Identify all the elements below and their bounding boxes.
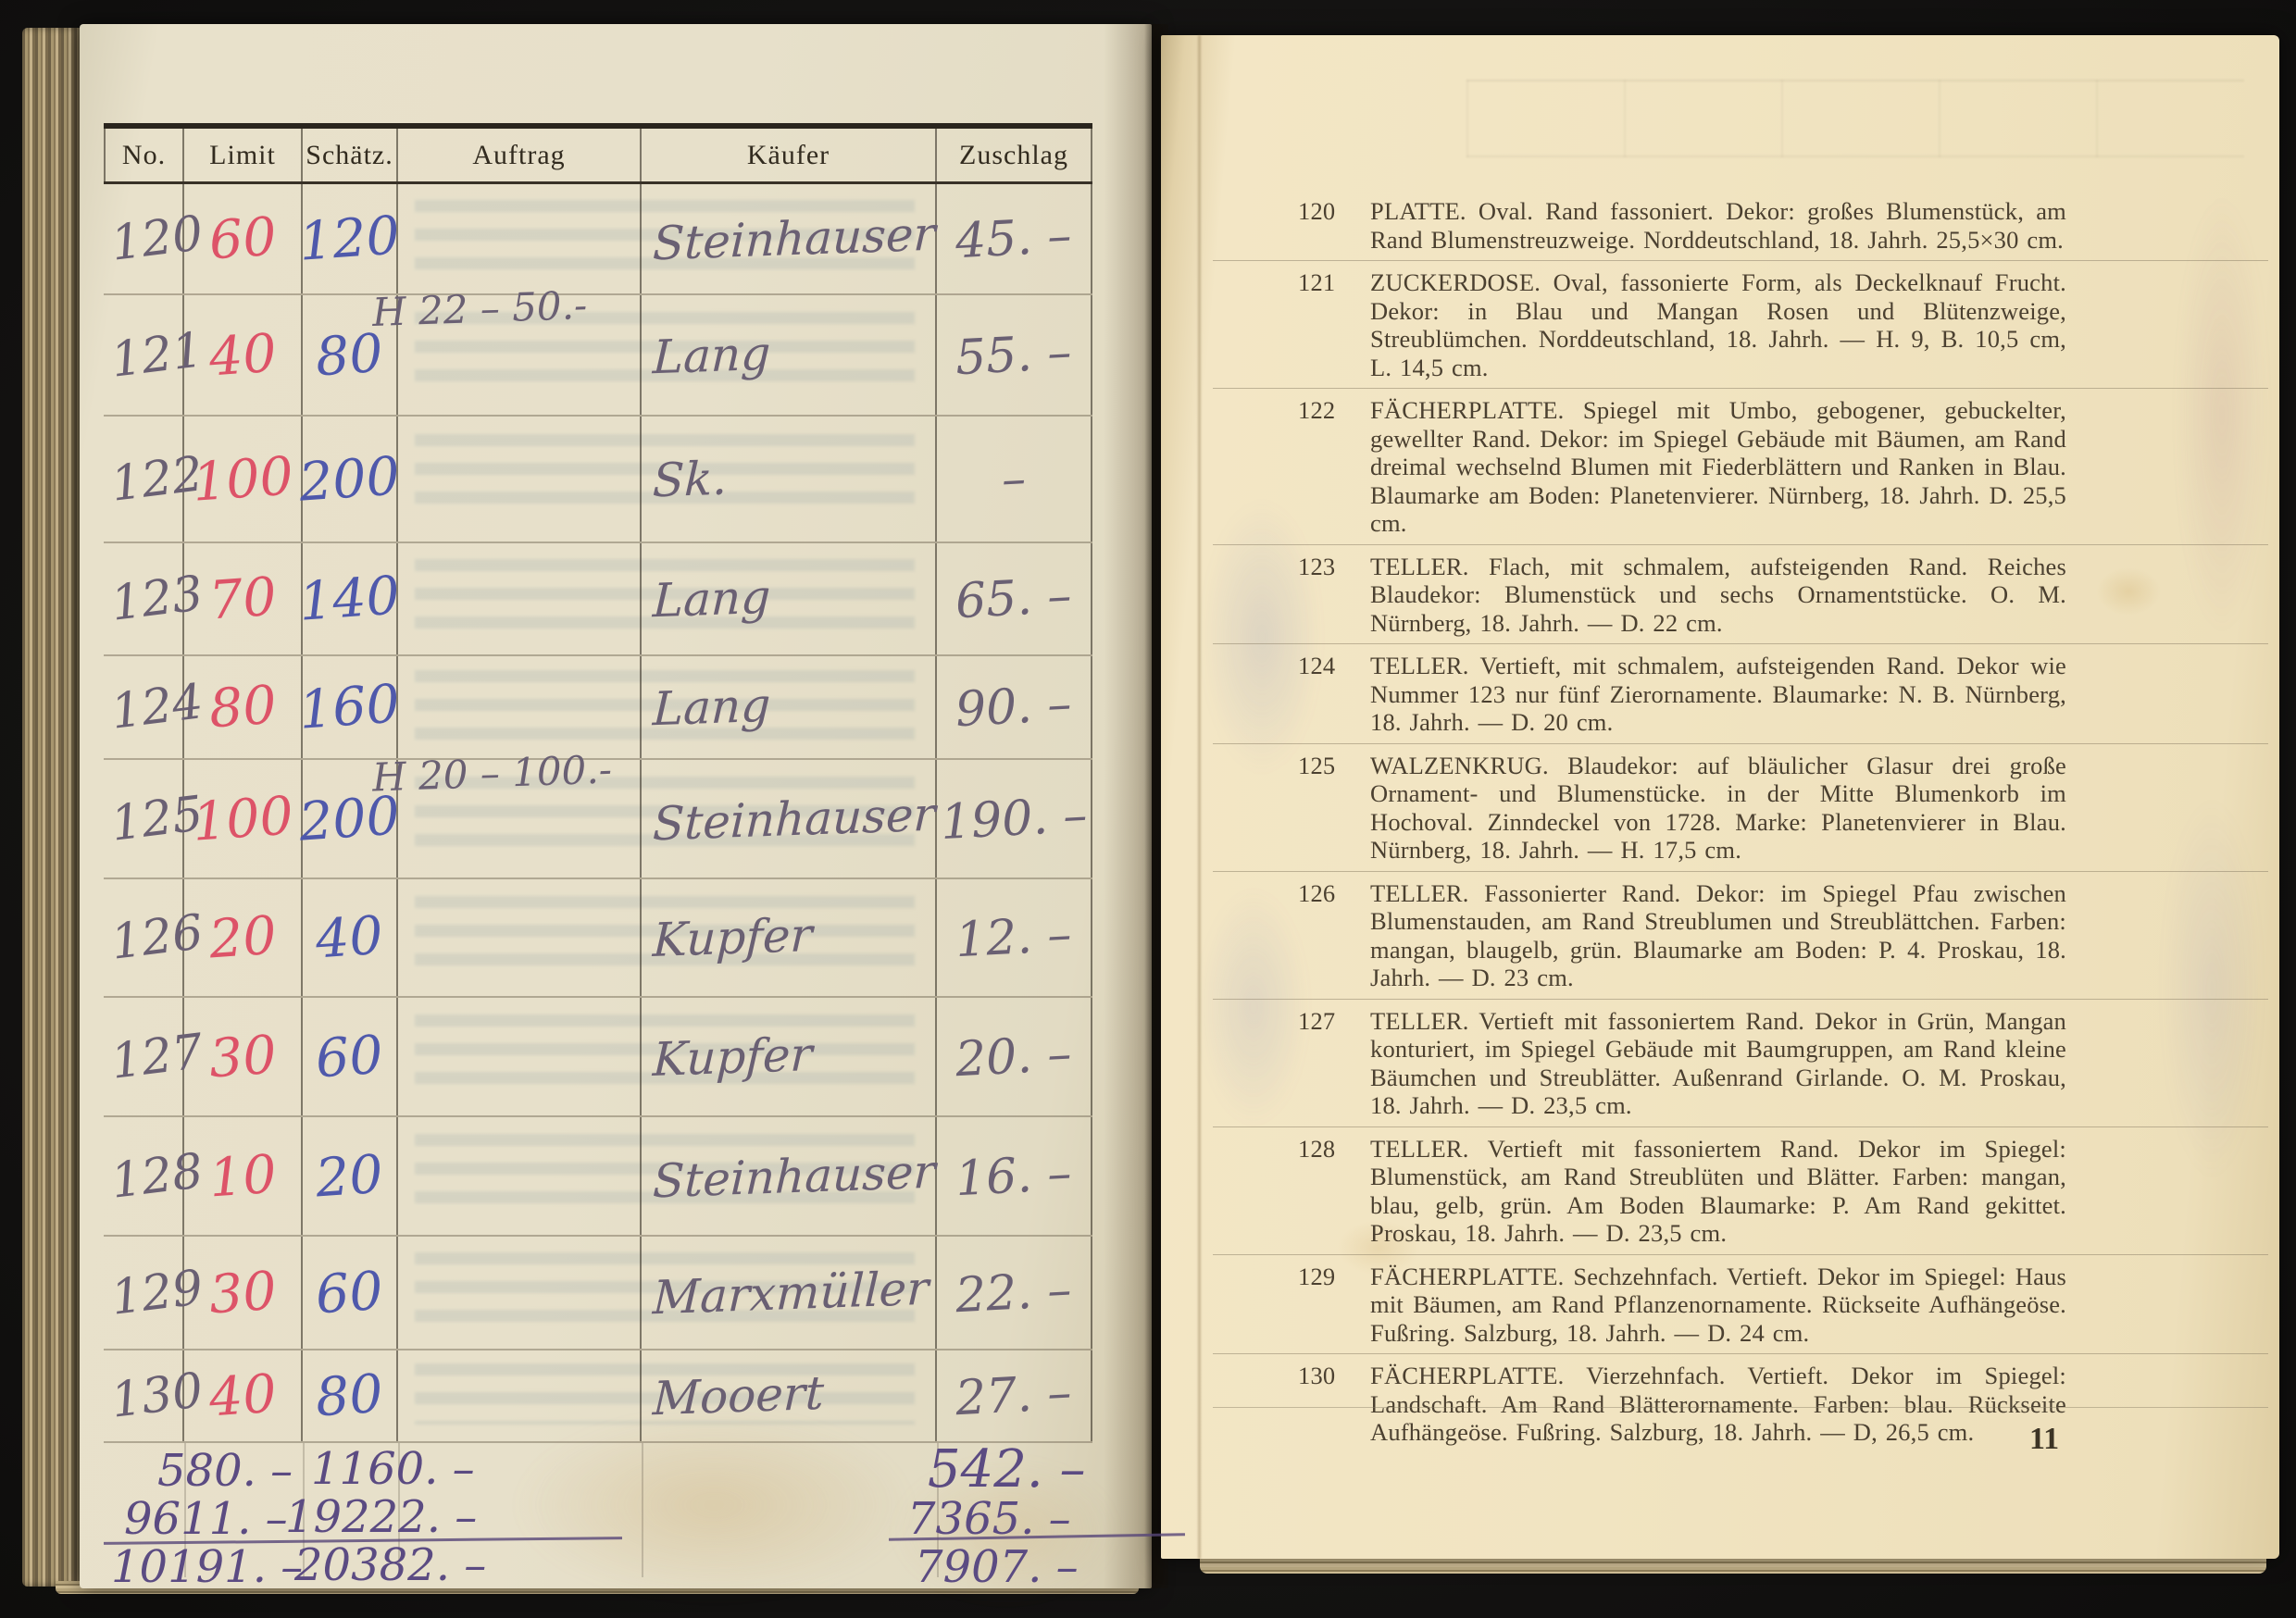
ledger-row: 120 60 120 Steinhauser 45. – <box>104 184 1092 295</box>
hammer-price: 20. – <box>955 1026 1073 1087</box>
buyer-name: Sk. <box>652 451 728 507</box>
ledger-row: 127 30 60 Kupfer 20. – <box>104 998 1092 1117</box>
order-note: H 22 – 50.- <box>371 282 588 335</box>
ledger-row: 129 30 60 Marxmüller 22. – <box>104 1237 1092 1350</box>
limit-value: 40 <box>207 1363 279 1429</box>
limit-value: 30 <box>207 1024 279 1089</box>
lot-number-value: 129 <box>108 1260 206 1326</box>
limit-value: 20 <box>207 905 279 971</box>
catalog-entry: 128 TELLER. Vertieft mit fassoniertem Ra… <box>1298 1135 2066 1248</box>
limit-value: 80 <box>207 675 279 741</box>
lot-number-value: 123 <box>108 566 206 632</box>
entry-number: 127 <box>1298 1007 1335 1036</box>
ledger-row: 128 10 20 Steinhauser 16. – <box>104 1117 1092 1237</box>
buyer-name: Steinhauser <box>652 1144 936 1208</box>
ledger-table: No. Limit Schätz. Auftrag Käufer Zuschla… <box>104 123 1092 1582</box>
entry-number: 122 <box>1298 396 1335 425</box>
hammer-price: 190. – <box>939 787 1088 850</box>
ledger-row: 122 100 200 Sk. – <box>104 417 1092 543</box>
entry-number: 123 <box>1298 553 1335 581</box>
hammer-price: 90. – <box>955 677 1073 738</box>
entry-description: TELLER. Vertieft mit fassoniertem Rand. … <box>1370 1135 2066 1248</box>
hammer-price: 65. – <box>955 568 1073 629</box>
totals-block: 580. – 1160. – 542. – 9611. – 19222. – 7… <box>104 1443 1092 1582</box>
bleed-through-ink <box>2176 193 2268 637</box>
bleed-through-table-header <box>1466 80 2244 157</box>
buyer-name: Steinhauser <box>652 207 936 271</box>
catalog-page: 120 PLATTE. Oval. Rand fassoniert. Dekor… <box>1161 35 2279 1559</box>
limit-value: 100 <box>190 445 294 513</box>
catalog-entry: 129 FÄCHERPLATTE. Sechzehnfach. Vertieft… <box>1298 1263 2066 1348</box>
buyer-name: Kupfer <box>652 1027 813 1086</box>
catalog-entry: 130 FÄCHERPLATTE. Vierzehnfach. Vertieft… <box>1298 1362 2066 1447</box>
column-header-limit: Limit <box>184 129 303 181</box>
entry-description: TELLER. Flach, mit schmalem, aufsteigend… <box>1370 553 2066 637</box>
entry-description: TELLER. Vertieft mit fassoniertem Rand. … <box>1370 1007 2066 1120</box>
limit-value: 30 <box>207 1260 279 1326</box>
limit-value: 40 <box>207 322 279 388</box>
estimate-value: 60 <box>314 1024 385 1089</box>
hammer-price: 55. – <box>955 324 1073 385</box>
entry-description: PLATTE. Oval. Rand fassoniert. Dekor: gr… <box>1370 197 2066 254</box>
lot-number-value: 121 <box>108 322 206 389</box>
book-fore-edge <box>22 28 81 1587</box>
page-number: 11 <box>2029 1422 2059 1457</box>
estimate-value: 120 <box>297 205 402 272</box>
entry-number: 124 <box>1298 652 1335 680</box>
column-header-kaeufer: Käufer <box>642 129 937 181</box>
estimate-value: 40 <box>314 905 385 971</box>
hammer-price: 45. – <box>955 208 1073 269</box>
hammer-price: 27. – <box>955 1365 1073 1426</box>
bleed-through-ink <box>1198 887 1309 1127</box>
ledger-row: 126 20 40 Kupfer 12. – <box>104 879 1092 998</box>
entry-description: TELLER. Vertieft, mit schmalem, aufsteig… <box>1370 652 2066 736</box>
hammer-price: – <box>1000 451 1027 507</box>
entry-description: ZUCKERDOSE. Oval, fassonierte Form, als … <box>1370 268 2066 381</box>
lot-number-value: 126 <box>108 904 206 971</box>
estimate-value: 160 <box>297 673 402 741</box>
hammer-price: 16. – <box>955 1145 1073 1206</box>
lot-number-value: 130 <box>108 1363 206 1429</box>
catalog-entry: 120 PLATTE. Oval. Rand fassoniert. Dekor… <box>1298 197 2066 254</box>
ledger-row: 121 40 80 H 22 – 50.- Lang 55. – <box>104 295 1092 417</box>
entry-number: 120 <box>1298 197 1335 226</box>
catalog-entry: 125 WALZENKRUG. Blaudekor: auf bläuliche… <box>1298 752 2066 865</box>
table-rule <box>642 1443 643 1577</box>
limit-value: 60 <box>207 206 279 272</box>
entry-number: 128 <box>1298 1135 1335 1164</box>
lot-number-value: 124 <box>108 674 206 741</box>
column-header-auftrag: Auftrag <box>398 129 642 181</box>
ledger-row: 123 70 140 Lang 65. – <box>104 543 1092 656</box>
lot-number-value: 120 <box>108 205 206 272</box>
totals-limit: 9611. – <box>124 1493 288 1545</box>
estimate-value: 80 <box>314 1363 385 1429</box>
totals-hammer: 542. – <box>928 1439 1086 1500</box>
entry-number: 126 <box>1298 879 1335 908</box>
catalog-entry: 122 FÄCHERPLATTE. Spiegel mit Umbo, gebo… <box>1298 396 2066 538</box>
catalog-entry: 126 TELLER. Fassonierter Rand. Dekor: im… <box>1298 879 2066 992</box>
hammer-price: 12. – <box>955 907 1073 968</box>
buyer-name: Lang <box>652 326 771 384</box>
catalog-entry: 121 ZUCKERDOSE. Oval, fassonierte Form, … <box>1298 268 2066 381</box>
ledger-rows: 120 60 120 Steinhauser 45. – 121 40 80 H… <box>104 184 1092 1443</box>
catalog-entry: 124 TELLER. Vertieft, mit schmalem, aufs… <box>1298 652 2066 737</box>
bleed-through-ink <box>2161 794 2263 1183</box>
order-note: H 20 – 100.- <box>371 746 612 800</box>
paper-stain <box>2096 567 2161 616</box>
column-header-zuschlag: Zuschlag <box>937 129 1092 181</box>
totals-estimate: 19222. – <box>285 1491 477 1543</box>
estimate-value: 20 <box>314 1143 385 1209</box>
entry-number: 130 <box>1298 1362 1335 1390</box>
entry-number: 121 <box>1298 268 1335 297</box>
buyer-name: Steinhauser <box>652 787 936 851</box>
catalog-entries: 120 PLATTE. Oval. Rand fassoniert. Dekor… <box>1298 197 2066 1462</box>
buyer-name: Kupfer <box>652 908 813 967</box>
limit-value: 100 <box>190 785 294 853</box>
buyer-name: Lang <box>652 678 771 737</box>
estimate-value: 140 <box>297 565 402 632</box>
totals-estimate: 20382. – <box>294 1539 486 1591</box>
buyer-name: Lang <box>652 570 771 629</box>
entry-separator-line <box>1213 1407 2268 1408</box>
estimate-value: 200 <box>297 445 402 513</box>
catalog-entry: 123 TELLER. Flach, mit schmalem, aufstei… <box>1298 553 2066 638</box>
book-spread-scan: No. Limit Schätz. Auftrag Käufer Zuschla… <box>0 0 2296 1618</box>
totals-estimate: 1160. – <box>311 1443 475 1495</box>
estimate-value: 60 <box>314 1260 385 1326</box>
buyer-name: Mooert <box>652 1366 825 1426</box>
entry-description: TELLER. Fassonierter Rand. Dekor: im Spi… <box>1370 879 2066 992</box>
lot-number-value: 127 <box>108 1024 206 1090</box>
entry-description: FÄCHERPLATTE. Spiegel mit Umbo, gebogene… <box>1370 396 2066 537</box>
buyer-name: Marxmüller <box>652 1261 930 1325</box>
ledger-header-row: No. Limit Schätz. Auftrag Käufer Zuschla… <box>104 123 1092 184</box>
totals-limit: 580. – <box>157 1445 293 1497</box>
limit-value: 10 <box>207 1143 279 1209</box>
entry-description: FÄCHERPLATTE. Sechzehnfach. Vertieft. De… <box>1370 1263 2066 1347</box>
entry-number: 129 <box>1298 1263 1335 1291</box>
column-header-no: No. <box>104 129 184 181</box>
ledger-row: 130 40 80 Mooert 27. – <box>104 1350 1092 1443</box>
hammer-price: 22. – <box>955 1262 1073 1323</box>
ledger-row: 125 100 200 H 20 – 100.- Steinhauser 190… <box>104 760 1092 879</box>
ledger-page: No. Limit Schätz. Auftrag Käufer Zuschla… <box>80 24 1152 1588</box>
catalog-entry: 127 TELLER. Vertieft mit fassoniertem Ra… <box>1298 1007 2066 1120</box>
ledger-row: 124 80 160 Lang 90. – <box>104 656 1092 760</box>
page-edge-stack-right <box>1200 1559 2266 1574</box>
entry-number: 125 <box>1298 752 1335 780</box>
totals-limit: 10191. – <box>111 1541 303 1593</box>
entry-description: FÄCHERPLATTE. Vierzehnfach. Vertieft. De… <box>1370 1362 2066 1446</box>
totals-hammer: 7907. – <box>915 1541 1079 1593</box>
entry-description: WALZENKRUG. Blaudekor: auf bläulicher Gl… <box>1370 752 2066 865</box>
limit-value: 70 <box>207 566 279 632</box>
column-header-schaetz: Schätz. <box>303 129 398 181</box>
lot-number-value: 128 <box>108 1143 206 1210</box>
